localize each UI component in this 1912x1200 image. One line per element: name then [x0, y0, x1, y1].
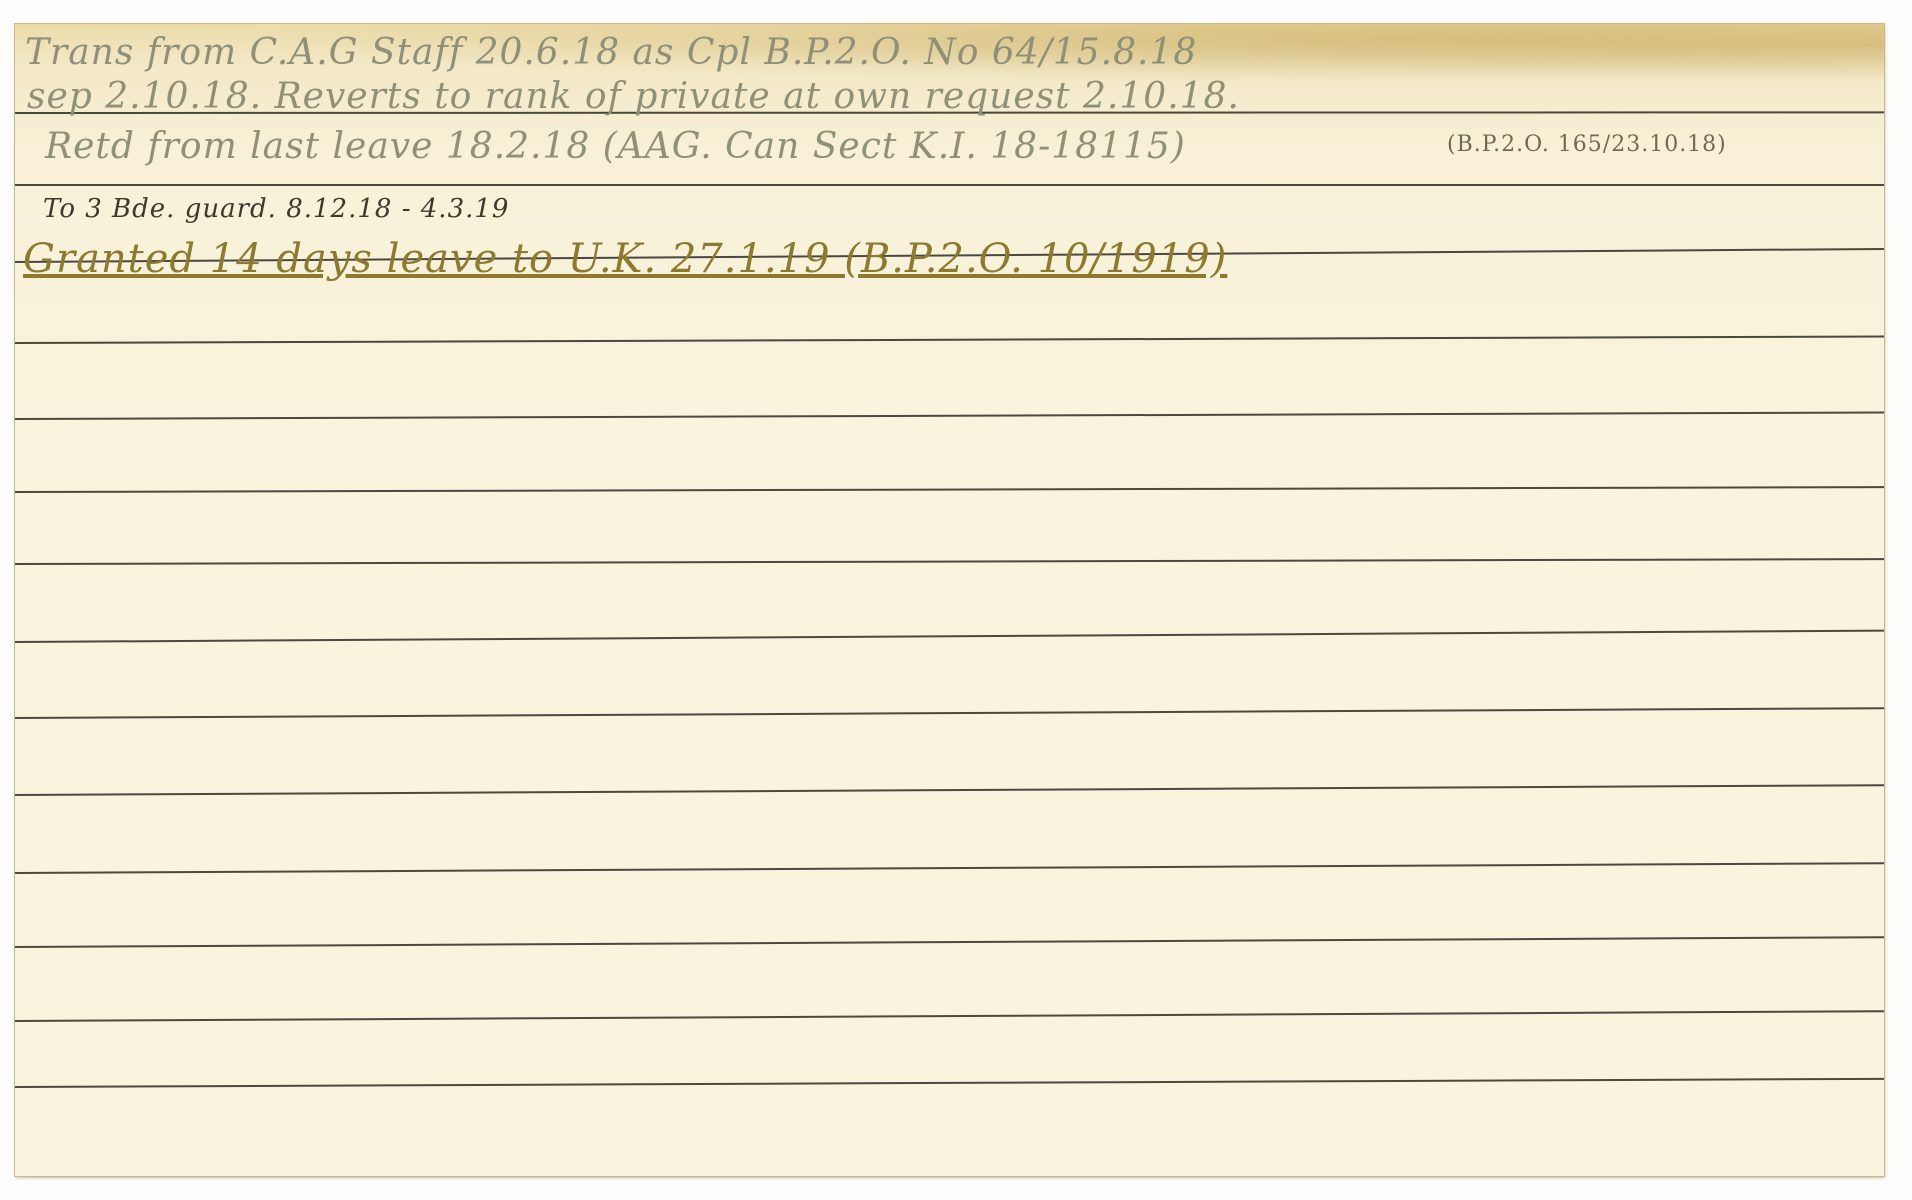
entry-line-3: Retd from last leave 18.2.18 (AAG. Can S… — [45, 126, 1186, 167]
ruled-line — [15, 486, 1884, 493]
entry-line-1: Trans from C.A.G Staff 20.6.18 as Cpl B.… — [25, 32, 1197, 73]
record-card: Trans from C.A.G Staff 20.6.18 as Cpl B.… — [15, 24, 1884, 1176]
ruled-line — [15, 1078, 1884, 1088]
entry-line-2: sep 2.10.18. Reverts to rank of private … — [27, 76, 1240, 117]
ruled-line — [15, 936, 1884, 948]
entry-line-4: To 3 Bde. guard. 8.12.18 - 4.3.19 — [43, 194, 509, 224]
entry-line-3-annotation: (B.P.2.O. 165/23.10.18) — [1447, 132, 1727, 157]
ruled-line — [15, 184, 1884, 186]
ruled-line — [15, 558, 1884, 565]
entry-line-5: Granted 14 days leave to U.K. 27.1.19 (B… — [23, 236, 1227, 282]
ruled-line — [15, 335, 1884, 344]
ruled-line — [15, 630, 1884, 643]
ruled-line — [15, 411, 1884, 420]
ruled-line — [15, 707, 1884, 719]
ruled-line — [15, 784, 1884, 796]
ruled-line — [15, 1010, 1884, 1022]
ruled-line — [15, 862, 1884, 874]
